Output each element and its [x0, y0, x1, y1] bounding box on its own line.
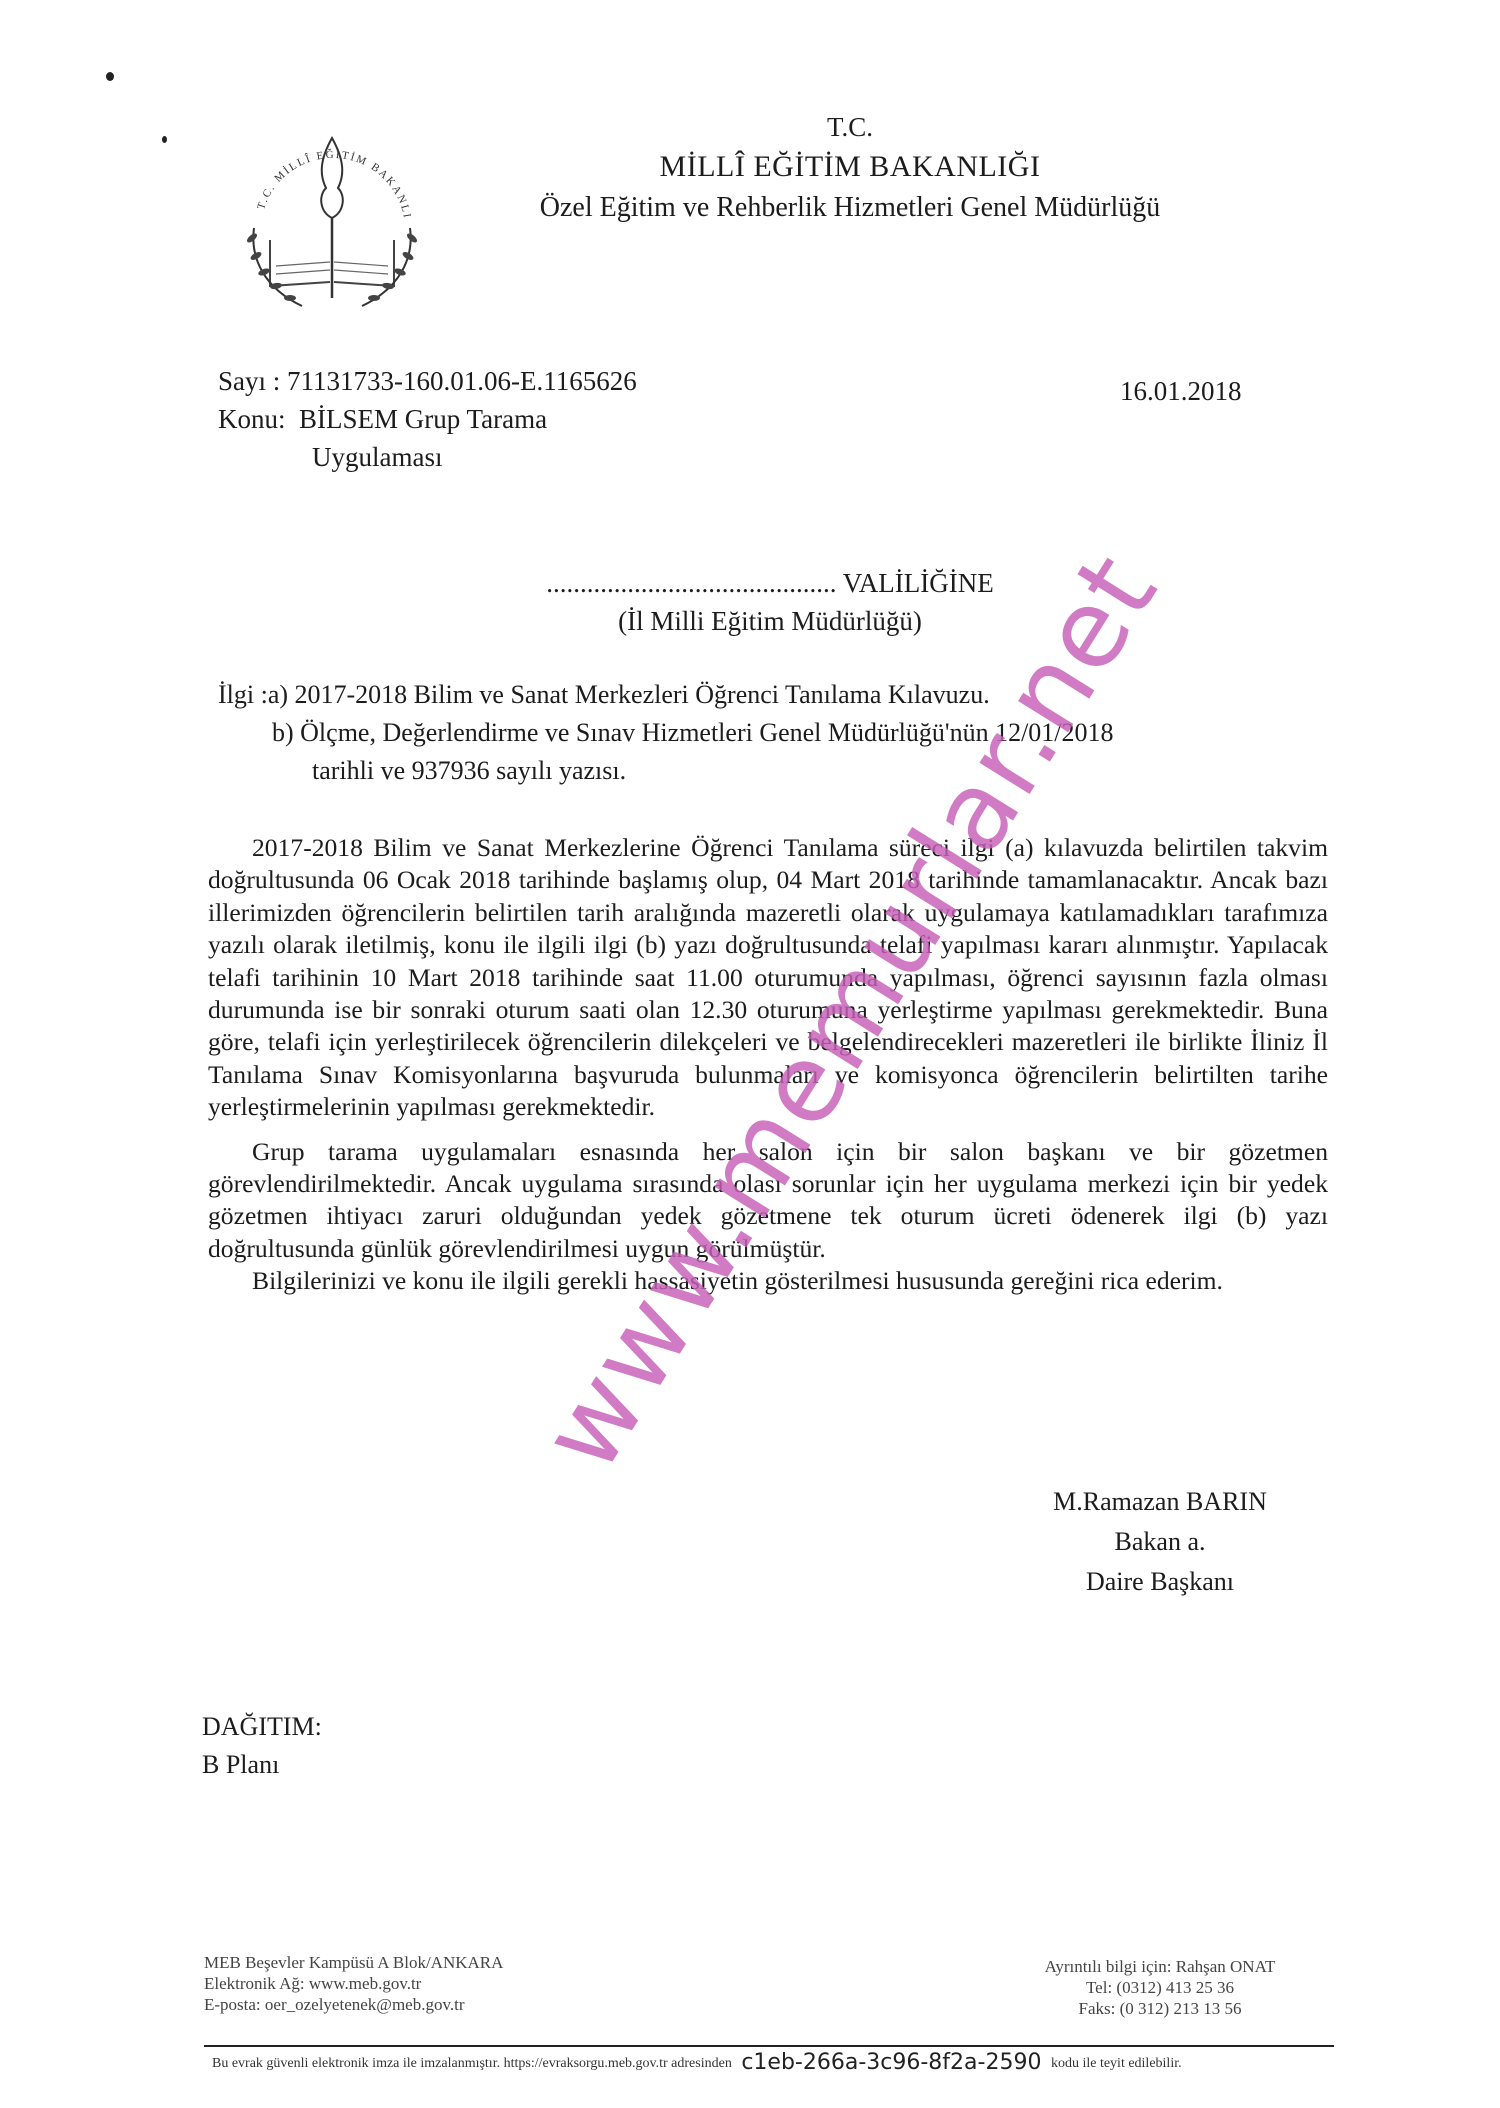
footer-address-block: MEB Beşevler Kampüsü A Blok/ANKARA Elekt…	[204, 1952, 503, 2015]
footer-fax: Faks: (0 312) 213 13 56	[990, 1998, 1330, 2019]
footer-web: Elektronik Ağ: www.meb.gov.tr	[204, 1973, 503, 1994]
sayi-value: 71131733-160.01.06-E.1165626	[287, 366, 637, 396]
body-paragraph: 2017-2018 Bilim ve Sanat Merkezlerine Öğ…	[208, 832, 1328, 1124]
footer-address: MEB Beşevler Kampüsü A Blok/ANKARA	[204, 1952, 503, 1973]
body-paragraph: Grup tarama uygulamaları esnasında her s…	[208, 1136, 1328, 1266]
signature-block: M.Ramazan BARIN Bakan a. Daire Başkanı	[960, 1482, 1360, 1602]
addressee-sub: (İl Milli Eğitim Müdürlüğü)	[300, 606, 1240, 637]
verify-prefix: Bu evrak güvenli elektronik imza ile imz…	[212, 2056, 732, 2071]
footer-contact: Ayrıntılı bilgi için: Rahşan ONAT	[990, 1956, 1330, 1977]
verification-line: Bu evrak güvenli elektronik imza ile imz…	[212, 2050, 1182, 2075]
header-ministry: MİLLÎ EĞİTİM BAKANLIĞI	[380, 150, 1320, 184]
document-date: 16.01.2018	[1120, 376, 1242, 407]
signatory-on-behalf: Bakan a.	[960, 1522, 1360, 1562]
footer-divider	[204, 2045, 1334, 2047]
document-number: Sayı : 71131733-160.01.06-E.1165626	[218, 366, 637, 397]
reference-b-cont: tarihli ve 937936 sayılı yazısı.	[312, 756, 626, 786]
verify-code: c1eb-266a-3c96-8f2a-2590	[741, 2050, 1041, 2075]
verify-suffix: kodu ile teyit edilebilir.	[1051, 2056, 1182, 2071]
subject-line2: Uygulaması	[312, 442, 442, 473]
footer-tel: Tel: (0312) 413 25 36	[990, 1977, 1330, 1998]
scan-speck	[162, 136, 167, 143]
konu-line1: BİLSEM Grup Tarama	[299, 404, 547, 434]
sayi-label: Sayı :	[218, 366, 280, 396]
signatory-title: Daire Başkanı	[960, 1562, 1360, 1602]
reference-a: İlgi :a) 2017-2018 Bilim ve Sanat Merkez…	[218, 680, 990, 710]
distribution-heading: DAĞITIM:	[202, 1712, 322, 1742]
header-tc: T.C.	[380, 112, 1320, 143]
subject: Konu: BİLSEM Grup Tarama	[218, 404, 547, 435]
distribution-item: B Planı	[202, 1750, 279, 1780]
reference-b: b) Ölçme, Değerlendirme ve Sınav Hizmetl…	[272, 718, 1114, 748]
konu-label: Konu:	[218, 404, 286, 434]
header-department: Özel Eğitim ve Rehberlik Hizmetleri Gene…	[380, 192, 1320, 224]
body-paragraph: Bilgilerinizi ve konu ile ilgili gerekli…	[208, 1265, 1328, 1297]
footer-contact-block: Ayrıntılı bilgi için: Rahşan ONAT Tel: (…	[990, 1956, 1330, 2019]
signatory-name: M.Ramazan BARIN	[960, 1482, 1360, 1522]
letter-body: 2017-2018 Bilim ve Sanat Merkezlerine Öğ…	[208, 832, 1328, 1298]
scan-speck	[106, 72, 114, 81]
addressee: ........................................…	[300, 568, 1240, 599]
footer-email: E-posta: oer_ozelyetenek@meb.gov.tr	[204, 1994, 503, 2015]
